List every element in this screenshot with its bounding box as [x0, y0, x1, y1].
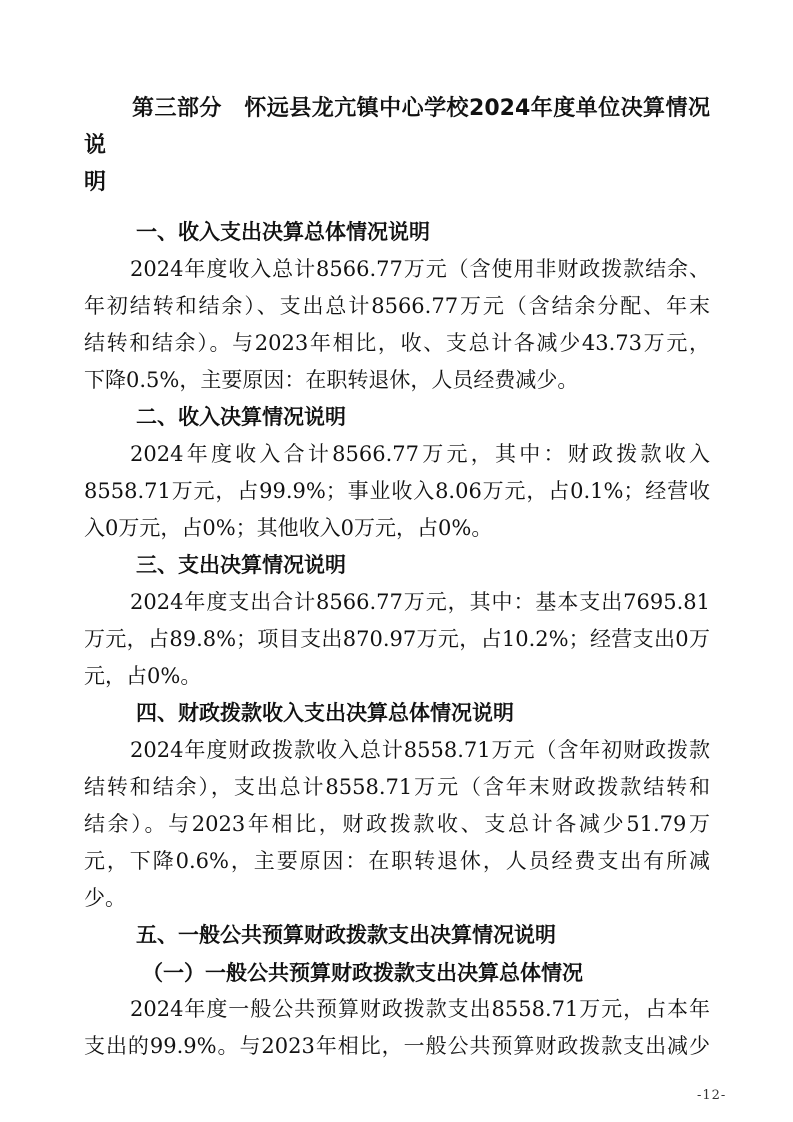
text-line: 结余）。与2023年相比，财政拨款收、支总计各减少51.79万 — [84, 806, 710, 843]
document-content: 第三部分 怀远县龙亢镇中心学校2024年度单位决算情况说 明 一、收入支出决算总… — [84, 90, 710, 1065]
section-income-expenditure-overview: 一、收入支出决算总体情况说明 2024年度收入总计8566.77万元（含使用非财… — [84, 214, 710, 399]
text-line: 支出的99.9%。与2023年相比，一般公共预算财政拨款支出减少 — [84, 1028, 710, 1065]
text-line: 2024年度收入合计8566.77万元，其中：财政拨款收入 — [84, 436, 710, 473]
text-line: 8558.71万元，占99.9%；事业收入8.06万元，占0.1%；经营收 — [84, 473, 710, 510]
section-heading: 二、收入决算情况说明 — [84, 399, 710, 436]
section-heading: 四、财政拨款收入支出决算总体情况说明 — [84, 695, 710, 732]
text-line: 2024年度收入总计8566.77万元（含使用非财政拨款结余、 — [84, 251, 710, 288]
text-line: 下降0.5%，主要原因：在职转退休，人员经费减少。 — [84, 362, 710, 399]
title-line: 明 — [84, 164, 710, 201]
title-line: 第三部分 怀远县龙亢镇中心学校2024年度单位决算情况说 — [84, 90, 710, 164]
section-heading: 五、一般公共预算财政拨款支出决算情况说明 — [84, 917, 710, 954]
text-line: 入0万元，占0%；其他收入0万元，占0%。 — [84, 510, 710, 547]
section-income-detail: 二、收入决算情况说明 2024年度收入合计8566.77万元，其中：财政拨款收入… — [84, 399, 710, 547]
text-line: 年初结转和结余）、支出总计8566.77万元（含结余分配、年末 — [84, 288, 710, 325]
page-number: -12- — [697, 1088, 726, 1103]
text-line: 元，占0%。 — [84, 658, 710, 695]
section-expenditure-detail: 三、支出决算情况说明 2024年度支出合计8566.77万元，其中：基本支出76… — [84, 547, 710, 695]
subsection-heading: （一）一般公共预算财政拨款支出决算总体情况 — [84, 954, 710, 991]
text-line: 2024年度财政拨款收入总计8558.71万元（含年初财政拨款 — [84, 732, 710, 769]
document-title: 第三部分 怀远县龙亢镇中心学校2024年度单位决算情况说 明 — [84, 90, 710, 201]
section-general-public-budget: 五、一般公共预算财政拨款支出决算情况说明 （一）一般公共预算财政拨款支出决算总体… — [84, 917, 710, 1065]
section-heading: 三、支出决算情况说明 — [84, 547, 710, 584]
text-line: 结转和结余），支出总计8558.71万元（含年末财政拨款结转和 — [84, 769, 710, 806]
text-line: 元，下降0.6%，主要原因：在职转退休，人员经费支出有所减 — [84, 843, 710, 880]
text-line: 结转和结余）。与2023年相比，收、支总计各减少43.73万元， — [84, 325, 710, 362]
text-line: 少。 — [84, 880, 710, 917]
section-fiscal-appropriation-overview: 四、财政拨款收入支出决算总体情况说明 2024年度财政拨款收入总计8558.71… — [84, 695, 710, 917]
text-line: 万元，占89.8%；项目支出870.97万元，占10.2%；经营支出0万 — [84, 621, 710, 658]
document-page: 第三部分 怀远县龙亢镇中心学校2024年度单位决算情况说 明 一、收入支出决算总… — [0, 0, 793, 1122]
section-heading: 一、收入支出决算总体情况说明 — [84, 214, 710, 251]
text-line: 2024年度支出合计8566.77万元，其中：基本支出7695.81 — [84, 584, 710, 621]
text-line: 2024年度一般公共预算财政拨款支出8558.71万元，占本年 — [84, 991, 710, 1028]
